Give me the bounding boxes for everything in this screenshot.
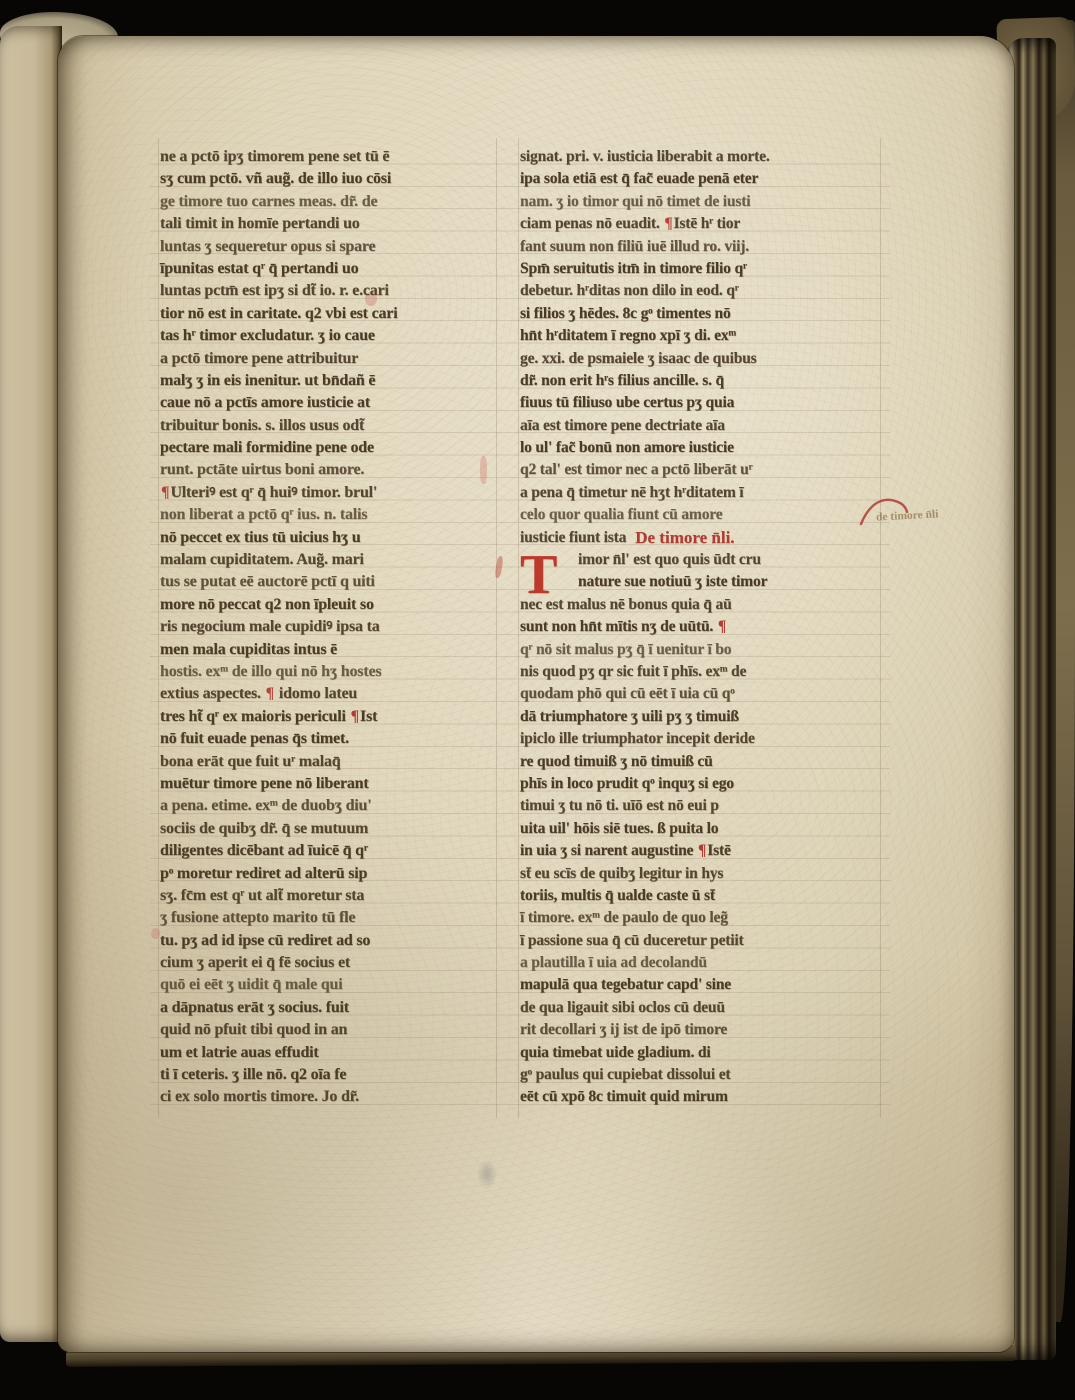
text-line: diligentes dicēbant ad īuicē q̄ qʳ [160, 840, 494, 862]
text-line: a dāpnatus erāt ʒ socius. fuit [160, 997, 494, 1019]
text-line: extius aspectes. ¶ idomo lateu [160, 683, 494, 705]
text-line: ge. xxi. de psmaiele ʒ isaac de quibus [520, 348, 878, 370]
text-line: a pctō timore pene attribuitur [160, 348, 494, 370]
text-line: nō fuit euade penas q̄s timet. [160, 728, 494, 750]
text-line: nis quod pʒ qr sic fuit ī phīs. exᵐ de [520, 661, 878, 683]
text-line: si filios ʒ hēdes. 8c gᵒ timentes nō [520, 303, 878, 325]
text-line: tu. pʒ ad id ipse cū rediret ad so [160, 930, 494, 952]
text-line: uita uil' hōis siē tues. ß puita lo [520, 818, 878, 840]
text-line: re quod timuiß ʒ nō timuiß cū [520, 751, 878, 773]
text-line: ī passione sua q̄ cū duceretur petiit [520, 930, 878, 952]
text-line: q2 tal' est timor nec a pctō liberāt uʳ [520, 459, 878, 481]
text-column-right: signat. pri. v. iusticia liberabit a mor… [520, 146, 878, 1109]
text-line: quodam phō qui cū eēt ī uia cū qᵒ [520, 683, 878, 705]
text-line: signat. pri. v. iusticia liberabit a mor… [520, 146, 878, 168]
text-line: timui ʒ tu nō ti. uīō est nō eui p [520, 795, 878, 817]
column-rule [880, 138, 881, 1118]
text-line: eēt cū xpō 8c timuit quid mirum [520, 1086, 878, 1108]
text-line: ris negocium male cupidiꝰ ipsa ta [160, 616, 494, 638]
text-line: fiuus tū filiuso ube certus pʒ quia [520, 392, 878, 414]
text-line: Spm̄ seruitutis itm̄ in timore filio qʳ [520, 258, 878, 280]
rubric-heading: De timore n̄li. [635, 527, 734, 549]
paragraph-mark: ¶ [697, 842, 707, 859]
text-line: runt. pctāte uirtus boni amore. [160, 459, 494, 481]
text-line: sʒ cum pctō. vñ aug̃. de illo iuo cōsi [160, 168, 494, 190]
text-line: ne a pctō ipʒ timorem pene set tū ē [160, 146, 494, 168]
text-line: tres ht̃ qʳ ex maioris periculi ¶Ist [160, 706, 494, 728]
text-line: tas hʳ timor excludatur. ʒ io caue [160, 325, 494, 347]
text-column-left: ne a pctō ipʒ timorem pene set tū ēsʒ cu… [160, 146, 494, 1109]
text-line: tus se putat eē auctorē pctī q uiti [160, 571, 494, 593]
text-line: ipa sola etiā est q̄ fac̃ euade penā ete… [520, 168, 878, 190]
text-line: pectare mali formidine pene ode [160, 437, 494, 459]
text-line: non liberat a pctō qʳ ius. n. talis [160, 504, 494, 526]
text-line: malʒ ʒ in eis inenitur. ut bn̄dañ ē [160, 370, 494, 392]
text-line: qʳ nō sit malus pʒ q̄ ī uenitur ī bo [520, 639, 878, 661]
text-line: cium ʒ aperit ei q̄ fē socius et [160, 952, 494, 974]
text-line: luntas ʒ sequeretur opus si spare [160, 236, 494, 258]
text-line: celo quor qualia fiunt cū amore [520, 504, 878, 526]
text-line: imor n̄l' est quo quis ūdt cru [578, 549, 878, 571]
text-line: malam cupiditatem. Aug̃. mari [160, 549, 494, 571]
text-line: hostis. exᵐ de illo qui nō hʒ hostes [160, 661, 494, 683]
parchment-page: ne a pctō ipʒ timorem pene set tū ēsʒ cu… [58, 36, 1014, 1352]
ink-smudge [473, 1154, 501, 1194]
paragraph-mark: ¶ [717, 618, 727, 635]
paragraph-mark: ¶ [265, 685, 275, 702]
chapter-opening: T imor n̄l' est quo quis ūdt crunature s… [520, 549, 878, 594]
text-line: sociis de quibʒ dr̃. q̄ se mutuum [160, 818, 494, 840]
text-line: ipiclo ille triumphator incepit deride [520, 728, 878, 750]
text-line: tribuitur bonis. s. illos usus odt̃ [160, 415, 494, 437]
text-line: st̄ eu scīs de quibʒ legitur in hys [520, 863, 878, 885]
text-line: ti ī ceteris. ʒ ille nō. q2 oīa fe [160, 1064, 494, 1086]
column-rule [496, 138, 497, 1118]
text-line: toriis, multis q̄ ualde caste ū st̄ [520, 885, 878, 907]
paragraph-mark: ¶ [160, 484, 170, 501]
text-line: nō peccet ex tius tū uicius hʒ u [160, 527, 494, 549]
text-line: ge timore tuo carnes meas. dr̃. de [160, 191, 494, 213]
text-line: ʒ fusione attepto marito tū fle [160, 907, 494, 929]
text-line: lo ul' fac̃ bonū non amore iusticie [520, 437, 878, 459]
text-line: pᵒ moretur rediret ad alterū sip [160, 863, 494, 885]
text-line: īpunitas estat qʳ q̄ pertandi uo [160, 258, 494, 280]
text-line: a pena. etime. exᵐ de duobʒ diu' [160, 795, 494, 817]
text-line: tali timit in homīe pertandi uo [160, 213, 494, 235]
text-line: rit decollari ʒ ij ist de ipō timore [520, 1019, 878, 1041]
text-line: dā triumphatore ʒ uili pʒ ʒ timuiß [520, 706, 878, 728]
text-line: fant suum non filiū iuē illud ro. viij. [520, 236, 878, 258]
text-line: tior nō est in caritate. q2 vbi est cari [160, 303, 494, 325]
text-line: nature sue notiuū ʒ iste timor [578, 571, 878, 593]
text-line: quia timebat uide gladium. di [520, 1042, 878, 1064]
text-line: debetur. hʳditas non dilo in eod. qʳ [520, 280, 878, 302]
text-line: ī timore. exᵐ de paulo de quo leg̃ [520, 907, 878, 929]
margin-note: de timore n̄li [876, 508, 939, 523]
text-line: ciam penas nō euadit. ¶Istē hʳ tior [520, 213, 878, 235]
text-line: a pena q̄ timetur nē hʒt hʳditatem ī [520, 482, 878, 504]
text-line: ¶Ulteriꝰ est qʳ q̄ huiꝰ timor. brul' [160, 482, 494, 504]
text-line: phīs in loco prudit qᵒ inquʒ si ego [520, 773, 878, 795]
text-line: caue nō a pctīs amore iusticie at [160, 392, 494, 414]
text-line: de qua ligauit sibi oclos cū deuū [520, 997, 878, 1019]
column-rule [518, 138, 519, 1118]
column-rule [158, 138, 159, 1118]
text-line: in uia ʒ si narent augustine ¶Istē [520, 840, 878, 862]
text-line: men mala cupiditas intus ē [160, 639, 494, 661]
text-line: quid nō pfuit tibi quod in an [160, 1019, 494, 1041]
facing-page-gutter [0, 26, 62, 1342]
paragraph-mark: ¶ [663, 215, 673, 232]
paragraph-mark: ¶ [350, 708, 360, 725]
text-line: nec est malus nē bonus quia q̄ aū [520, 594, 878, 616]
text-line: aīa est timore pene dectriate aīa [520, 415, 878, 437]
text-line: a plautilla ī uia ad decolandū [520, 952, 878, 974]
text-line: bona erāt que fuit uʳ malaq̄ [160, 751, 494, 773]
manuscript-photo: ne a pctō ipʒ timorem pene set tū ēsʒ cu… [0, 0, 1075, 1400]
text-line: hn̄t hʳditatem ī regno xpī ʒ di. exᵐ [520, 325, 878, 347]
text-line: ci ex solo mortis timore. Jo dr̃. [160, 1086, 494, 1108]
text-line: sʒ. fc̄m est qʳ ut alt̃ moretur sta [160, 885, 494, 907]
text-line: um et latrie auas effudit [160, 1042, 494, 1064]
text-line: gᵒ paulus qui cupiebat dissolui et [520, 1064, 878, 1086]
text-line: sunt non hn̄t mītis nʒ de uūtū. ¶ [520, 616, 878, 638]
right-column-upper: signat. pri. v. iusticia liberabit a mor… [520, 146, 878, 527]
text-line: nam. ʒ io timor qui nō timet de iusti [520, 191, 878, 213]
text-line: quō ei eēt ʒ uidit q̄ male qui [160, 974, 494, 996]
text-line: dr̃. non erit hʳs filius ancille. s. q̄ [520, 370, 878, 392]
text-line: mapulā qua tegebatur capd' sine [520, 974, 878, 996]
text-line: muētur timore pene nō liberant [160, 773, 494, 795]
right-column-lower: nec est malus nē bonus quia q̄ aūsunt no… [520, 594, 878, 1109]
text-line: luntas pctm̄ est ipʒ si dt̃ io. r. e.car… [160, 280, 494, 302]
text-line: more nō peccat q2 non īpleuit so [160, 594, 494, 616]
